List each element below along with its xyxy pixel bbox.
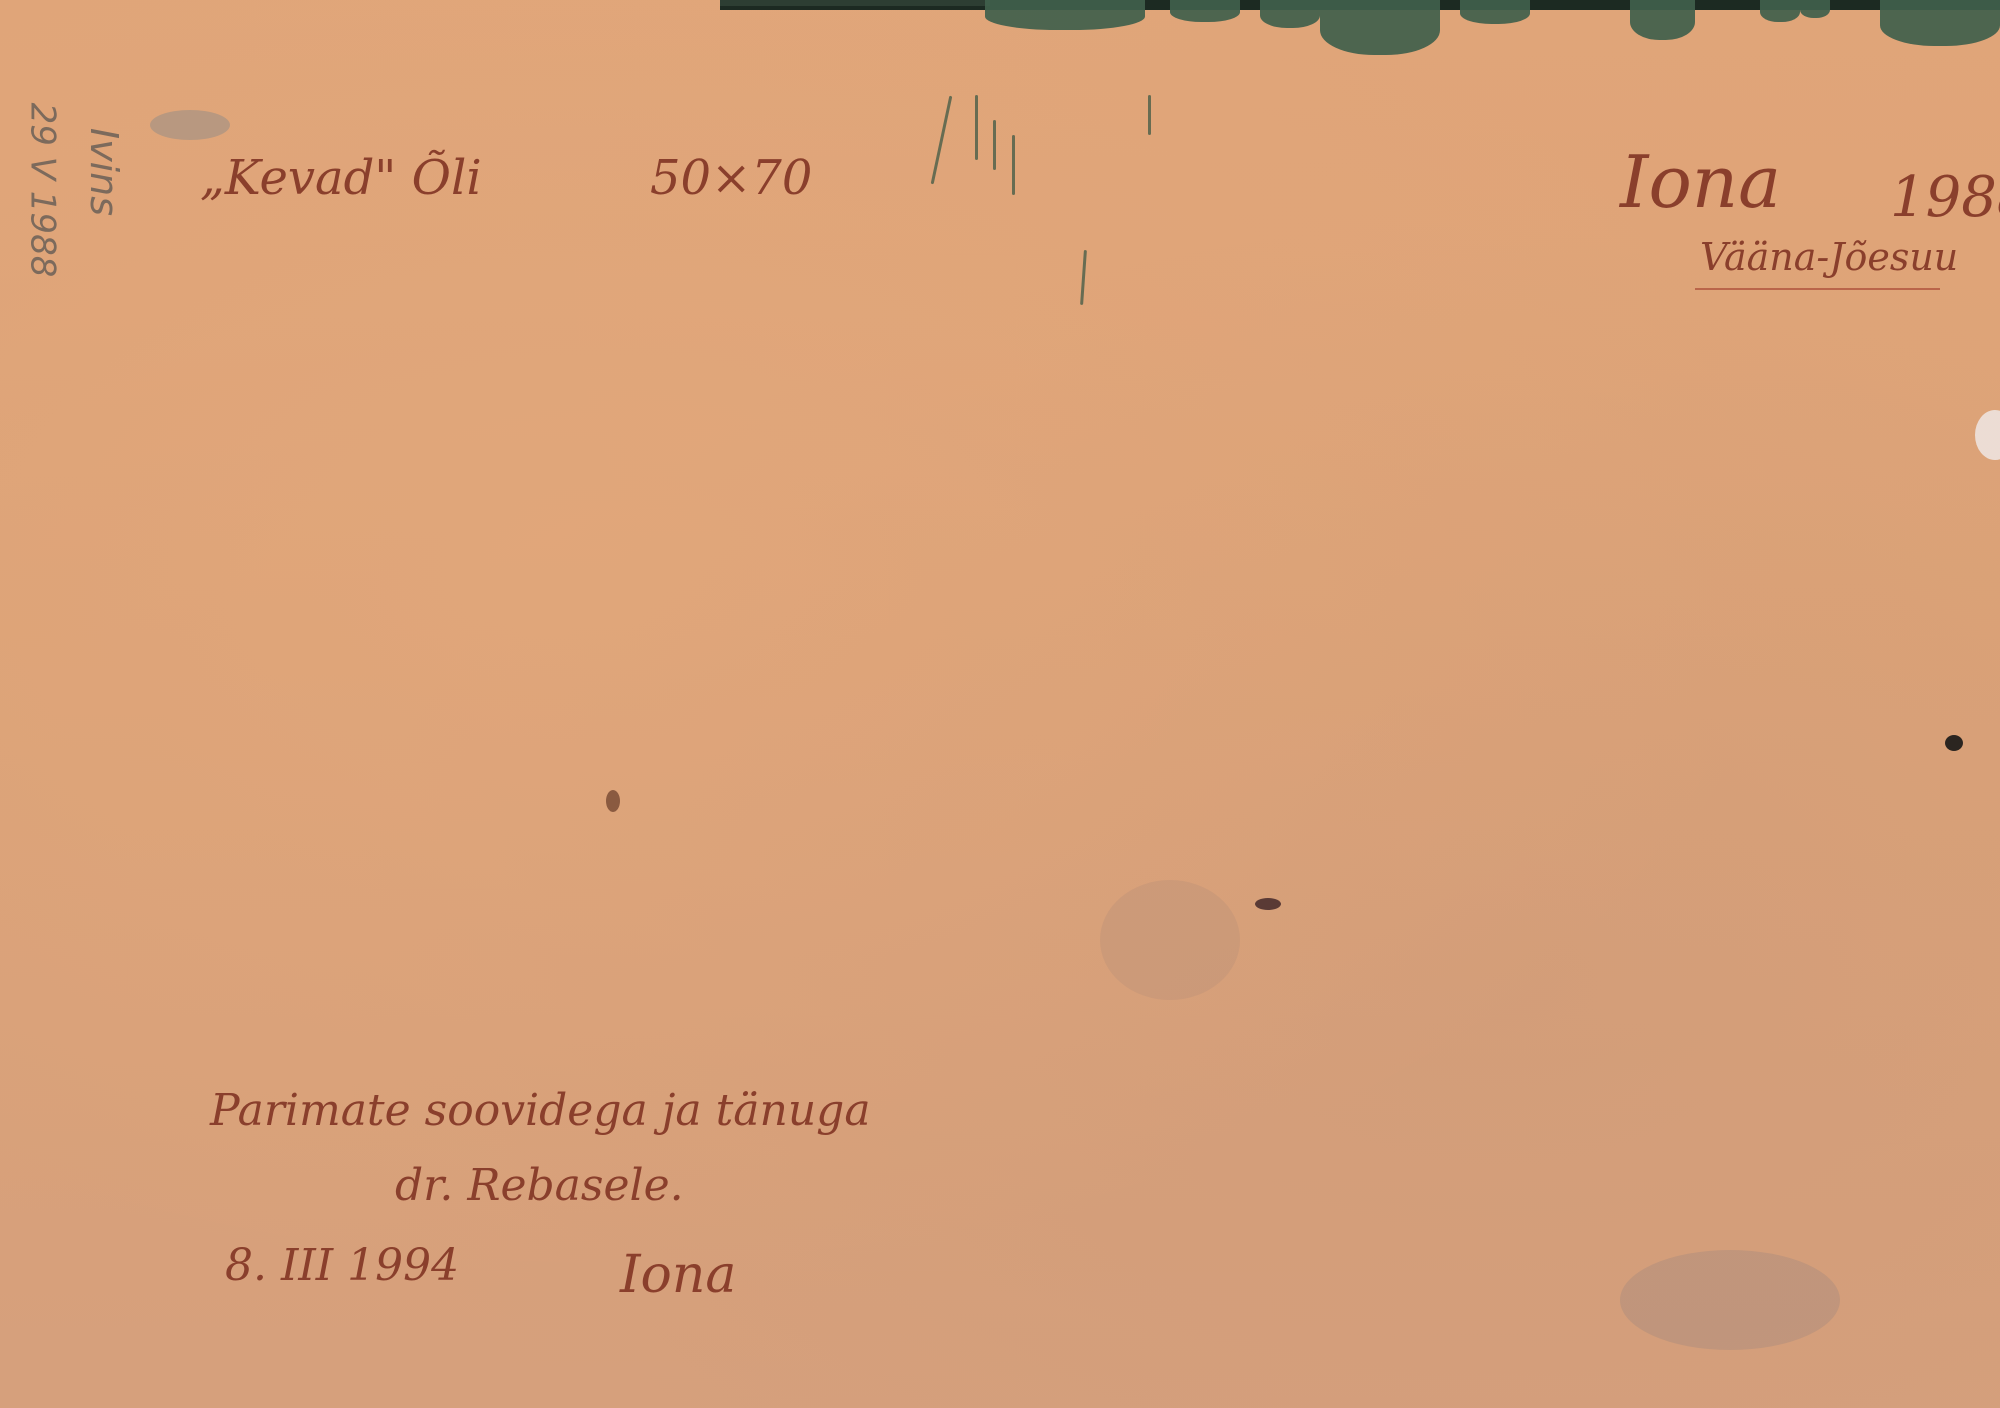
white-spot <box>1975 410 2000 460</box>
dedication-line-2: dr. Rebasele. <box>395 1160 684 1211</box>
paint-drip <box>985 0 1145 30</box>
dark-spot <box>1945 735 1963 751</box>
paint-drip <box>1630 0 1695 40</box>
top-painted-edge-left <box>720 0 990 6</box>
paint-drip <box>1320 0 1440 55</box>
signature-year: 1988 <box>1890 165 2000 230</box>
paint-drip <box>1880 0 2000 46</box>
smudge <box>1620 1250 1840 1350</box>
paint-streak <box>1012 135 1015 195</box>
place-underline <box>1695 288 1940 290</box>
paint-streak <box>975 95 978 160</box>
cardboard-back: 29 V 1988 Ivins „Kevad" Õli 50×70 Iona 1… <box>0 0 2000 1408</box>
paint-drip <box>1170 0 1240 22</box>
paint-drip <box>1460 0 1530 24</box>
pencil-signature: Ivins <box>82 128 126 216</box>
paint-drip <box>1760 0 1800 22</box>
painting-size: 50×70 <box>650 150 812 206</box>
paint-drip <box>1800 0 1830 18</box>
paint-streak <box>931 96 953 185</box>
smudge <box>1100 880 1240 1000</box>
paint-streak <box>1148 95 1151 135</box>
dedication-signature: Iona <box>620 1245 736 1305</box>
dark-spot <box>1255 898 1281 910</box>
pencil-date: 29 V 1988 <box>22 103 62 278</box>
dedication-line-1: Parimate soovidega ja tänuga <box>210 1085 871 1136</box>
dark-spot <box>606 790 620 812</box>
stain <box>150 110 230 140</box>
painting-title: „Kevad" Õli <box>200 150 482 206</box>
artist-signature: Iona <box>1620 140 1781 224</box>
paint-drip <box>1260 0 1320 28</box>
dedication-date: 8. III 1994 <box>225 1240 459 1291</box>
signature-place: Vääna-Jõesuu <box>1700 235 1958 279</box>
paint-streak <box>1080 250 1087 305</box>
paint-streak <box>993 120 996 170</box>
